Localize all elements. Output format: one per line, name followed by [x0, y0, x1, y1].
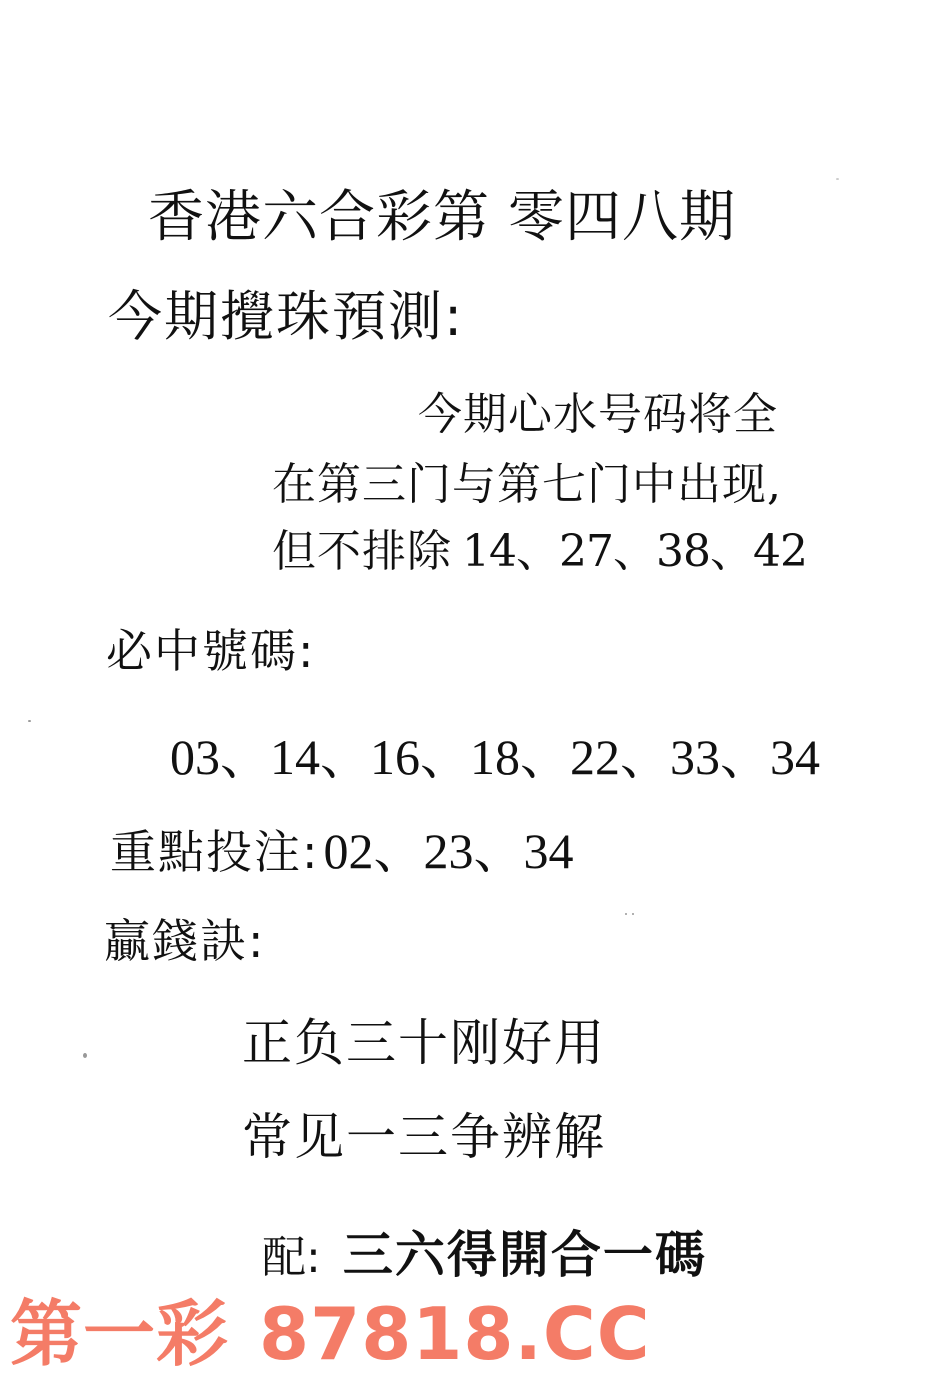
watermark-site: 87818.CC — [259, 1292, 651, 1376]
rhyme-line-2: 常见一三争辨解 — [242, 1112, 606, 1162]
watermark-brand: 第一彩 — [10, 1292, 229, 1376]
focus-bet: 重點投注:02、23、34 — [110, 826, 574, 876]
issue-number: 零四八期 — [508, 185, 736, 250]
scan-speck — [83, 1053, 87, 1058]
exception-numbers: 14、27、38、42 — [462, 526, 807, 577]
watermark: 第一彩87818.CC — [10, 1298, 651, 1370]
winning-rhyme-heading: 贏錢訣: — [104, 918, 266, 964]
sure-numbers: 03、14、16、18、22、33、34 — [170, 732, 820, 782]
title-prefix: 香港六合彩第 — [148, 185, 490, 250]
prediction-line-1: 今期心水号码将全 — [418, 393, 778, 437]
lottery-prediction-page: 香港六合彩第零四八期 今期攪珠預測: 今期心水号码将全 在第三门与第七门中出现,… — [0, 0, 944, 1388]
pairing-value: 三六得開合一碼 — [343, 1226, 707, 1284]
scan-speck — [836, 178, 839, 180]
scan-speck — [632, 913, 634, 915]
scan-speck — [28, 720, 31, 722]
rhyme-line-1: 正负三十刚好用 — [242, 1018, 606, 1068]
prediction-line-3: 但不排除14、27、38、42 — [272, 530, 807, 574]
focus-bet-label: 重點投注: — [110, 825, 320, 879]
pairing: 配:三六得開合一碼 — [262, 1230, 707, 1280]
pairing-label: 配: — [262, 1232, 321, 1283]
prediction-line-2: 在第三门与第七门中出现, — [272, 463, 782, 507]
prediction-line-3-text: 但不排除 — [272, 526, 452, 577]
scan-speck — [625, 913, 627, 915]
focus-bet-numbers: 02、23、34 — [324, 823, 574, 879]
prediction-heading: 今期攪珠預測: — [108, 290, 464, 344]
sure-numbers-heading: 必中號碼: — [106, 628, 316, 674]
page-title: 香港六合彩第零四八期 — [148, 190, 736, 246]
